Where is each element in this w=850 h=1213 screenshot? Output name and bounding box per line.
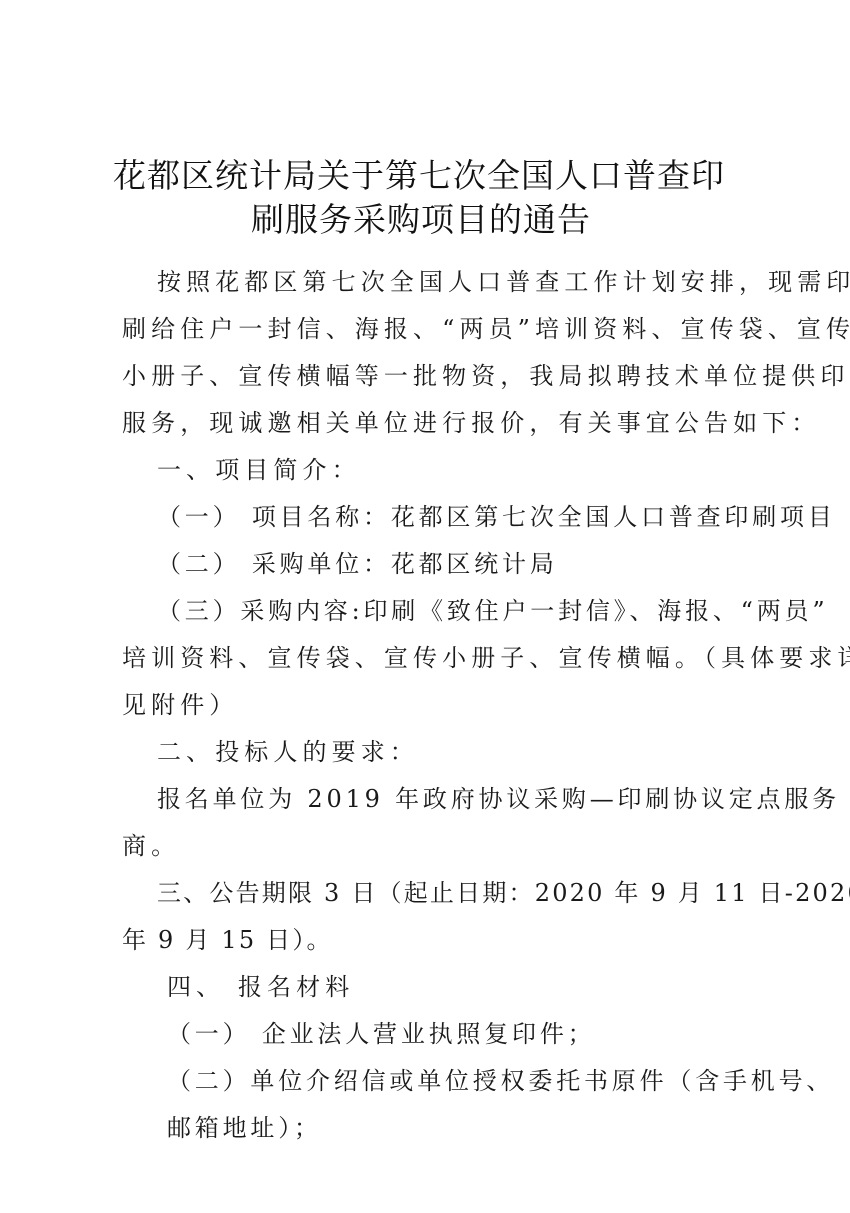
intro-line-3: 小册子、宣传横幅等一批物资，我局拟聘技术单位提供印刷 bbox=[122, 361, 850, 391]
section4-item2-line-1: （二）单位介绍信或单位授权委托书原件（含手机号、 bbox=[167, 1066, 834, 1096]
section1-item3-line-2: 培训资料、宣传袋、宣传小册子、宣传横幅。（具体要求详 bbox=[122, 643, 850, 673]
section4-item1: （一） 企业法人营业执照复印件； bbox=[167, 1019, 595, 1049]
section1-heading: 一、项目简介： bbox=[157, 455, 361, 485]
section3-body-line-1: 三、公告期限 3 日（起止日期：2020 年 9 月 11 日-2020 bbox=[157, 878, 850, 908]
document-title-line-2: 刷服务采购项目的通告 bbox=[0, 198, 846, 242]
section1-item2: （二） 采购单位：花都区统计局 bbox=[157, 549, 558, 579]
document-page: 花都区统计局关于第七次全国人口普查印 刷服务采购项目的通告 按照花都区第七次全国… bbox=[0, 0, 850, 1213]
intro-line-4: 服务，现诚邀相关单位进行报价，有关事宜公告如下： bbox=[122, 408, 820, 438]
section4-item2-line-2: 邮箱地址）； bbox=[167, 1113, 322, 1143]
section2-body-line-2: 商。 bbox=[122, 831, 180, 861]
intro-line-2: 刷给住户一封信、海报、“两员”培训资料、宣传袋、宣传 bbox=[122, 314, 850, 344]
section4-heading: 四、 报名材料 bbox=[167, 972, 354, 1002]
section3-body-line-2: 年 9 月 15 日）。 bbox=[122, 925, 333, 955]
section2-heading: 二、投标人的要求： bbox=[157, 737, 419, 767]
section1-item1: （一） 项目名称：花都区第七次全国人口普查印刷项目 bbox=[157, 502, 836, 532]
intro-line-1: 按照花都区第七次全国人口普查工作计划安排，现需印 bbox=[157, 267, 850, 297]
section2-body-line-1: 报名单位为 2019 年政府协议采购—印刷协议定点服务 bbox=[157, 784, 840, 814]
section1-item3-line-1: （三）采购内容:印刷《致住户一封信》、海报、“两员” bbox=[157, 596, 828, 626]
section1-item3-line-3: 见附件） bbox=[122, 690, 238, 720]
document-title-line-1: 花都区统计局关于第七次全国人口普查印 bbox=[0, 154, 844, 198]
